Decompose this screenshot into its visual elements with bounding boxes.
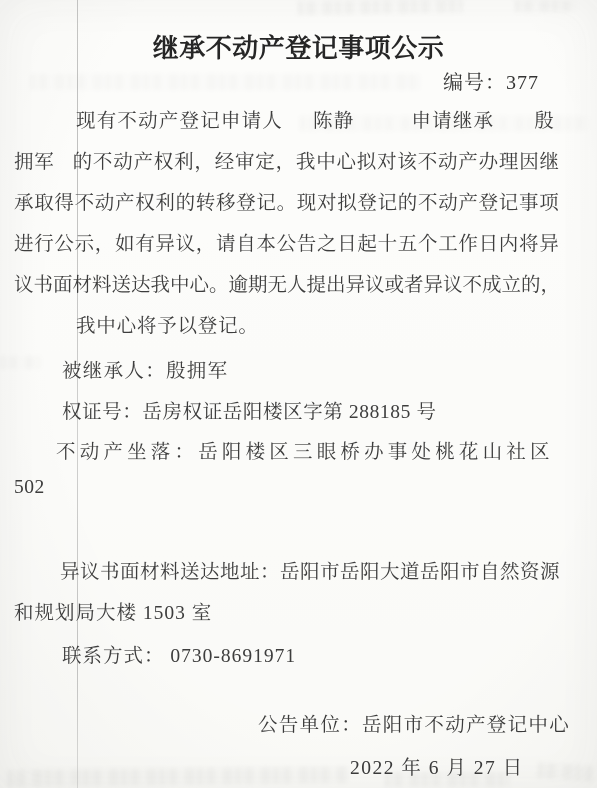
footer-issuer: 公告单位：岳阳市不动产登记中心 <box>258 709 597 736</box>
field-certificate-number: 权证号：岳房权证岳阳楼区字第 288185 号 <box>14 396 560 423</box>
applicant-name: 陈静 <box>313 111 354 132</box>
paragraph-line-4: 进行公示，如有异议，请自本公告之日起十五个工作日内将异 <box>14 228 560 255</box>
paragraph-line-3: 承取得不动产权利的转移登记。现对拟登记的不动产登记事项 <box>14 187 560 214</box>
field-decedent: 被继承人：殷拥军 <box>14 355 560 382</box>
notice-body: 编号：377 现有不动产登记申请人陈静申请继承殷 拥军的不动产权利，经审定，我中… <box>14 0 560 788</box>
inherit-verb: 申请继承 <box>411 111 494 132</box>
paragraph-line-2: 拥军的不动产权利，经审定，我中心拟对该不动产办理因继 <box>14 146 560 173</box>
paragraph-line-1: 现有不动产登记申请人陈静申请继承殷 <box>14 105 560 132</box>
scanned-notice-page: 继承不动产登记事项公示 编号：377 现有不动产登记申请人陈静申请继承殷 拥军的… <box>0 0 597 788</box>
paragraph-line-6: 我中心将予以登记。 <box>14 310 560 337</box>
paragraph-text: 的不动产权利，经审定，我中心拟对该不动产办理因继 <box>73 152 560 173</box>
paragraph-prefix: 现有不动产登记申请人 <box>76 111 283 132</box>
doc-number: 编号：377 <box>443 66 560 93</box>
doc-number-value: 377 <box>506 72 539 94</box>
field-property-location-line1: 不动产坐落：岳阳楼区三眼桥办事处桃花山社区 <box>14 436 560 463</box>
doc-number-label: 编号： <box>443 72 506 94</box>
field-objection-address-line1: 异议书面材料送达地址：岳阳市岳阳大道岳阳市自然资源 <box>14 556 560 583</box>
paragraph-line-5: 议书面材料送达我中心。逾期无人提出异议或者异议不成立的， <box>14 269 560 296</box>
decedent-name-part1: 殷 <box>534 111 555 132</box>
decedent-name-part2: 拥军 <box>14 152 55 173</box>
footer-date: 2022 年 6 月 27 日 <box>350 752 597 779</box>
field-property-location-line2: 502 <box>14 477 560 504</box>
field-objection-address-line2: 和规划局大楼 1503 室 <box>14 597 560 624</box>
field-contact-phone: 联系方式： 0730-8691971 <box>14 640 560 667</box>
